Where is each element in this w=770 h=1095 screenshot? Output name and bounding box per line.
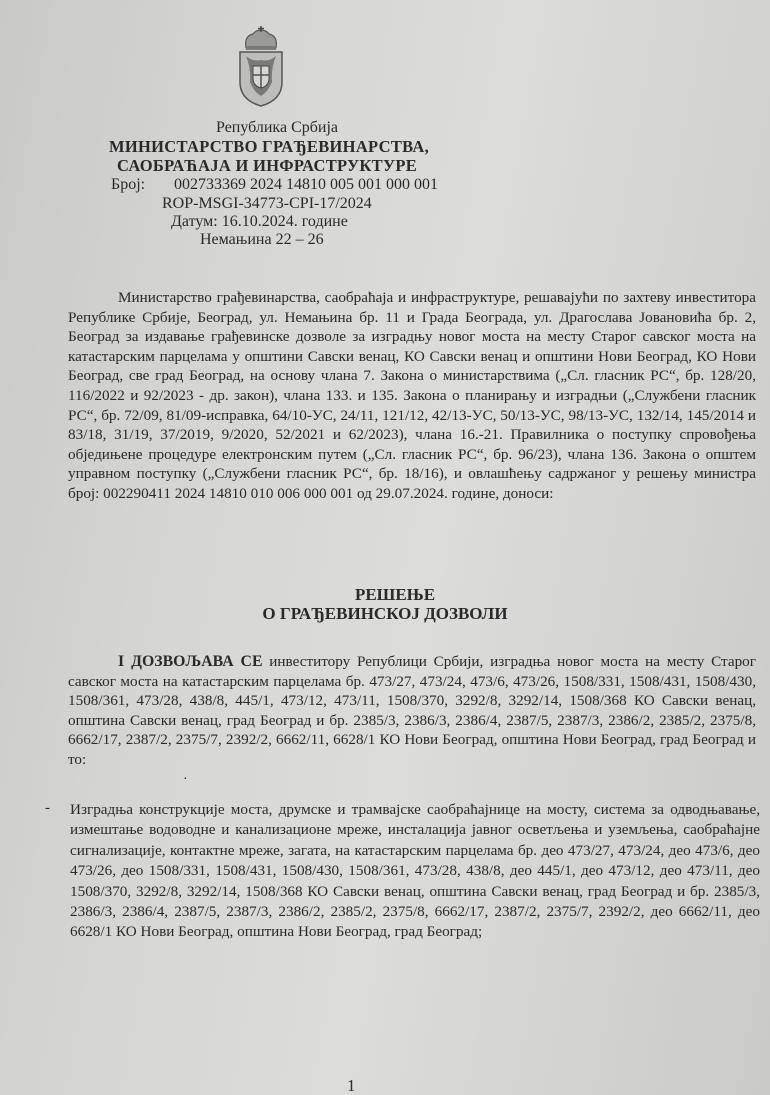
serbian-coat-of-arms-icon xyxy=(236,26,286,108)
document-page: Република Србија МИНИСТАРСТВО ГРАЂЕВИНАР… xyxy=(0,0,770,1095)
section-one-paragraph: I ДОЗВОЉАВА СЕ инвеститору Републици Срб… xyxy=(68,652,756,770)
document-number: 002733369 2024 14810 005 001 000 001 xyxy=(174,175,438,194)
decision-subtitle: О ГРАЂЕВИНСКОЈ ДОЗВОЛИ xyxy=(0,604,770,624)
ministry-address: Немањина 22 – 26 xyxy=(200,230,324,249)
section-one-text: инвеститору Републици Србији, изградња н… xyxy=(68,653,756,768)
rop-number: ROP-MSGI-34773-CPI-17/2024 xyxy=(162,194,372,213)
number-label: Број: xyxy=(111,175,145,194)
section-one-lead: I ДОЗВОЉАВА СЕ xyxy=(118,653,262,670)
ministry-name-line1: МИНИСТАРСТВО ГРАЂЕВИНАРСТВА, xyxy=(109,137,429,156)
bullet-marker: - xyxy=(45,800,50,817)
page-number: 1 xyxy=(347,1076,356,1095)
republic-name: Република Србија xyxy=(216,118,338,137)
preamble-paragraph: Министарство грађевинарства, саобраћаја … xyxy=(68,288,756,504)
document-date: Датум: 16.10.2024. године xyxy=(171,212,348,231)
stray-mark: · xyxy=(183,772,188,788)
decision-title: РЕШЕЊЕ xyxy=(10,585,770,605)
ministry-name-line2: САОБРАЋАЈА И ИНФРАСТРУКТУРЕ xyxy=(117,156,417,175)
bullet-item-construction: Изградња конструкције моста, друмске и т… xyxy=(70,800,760,943)
